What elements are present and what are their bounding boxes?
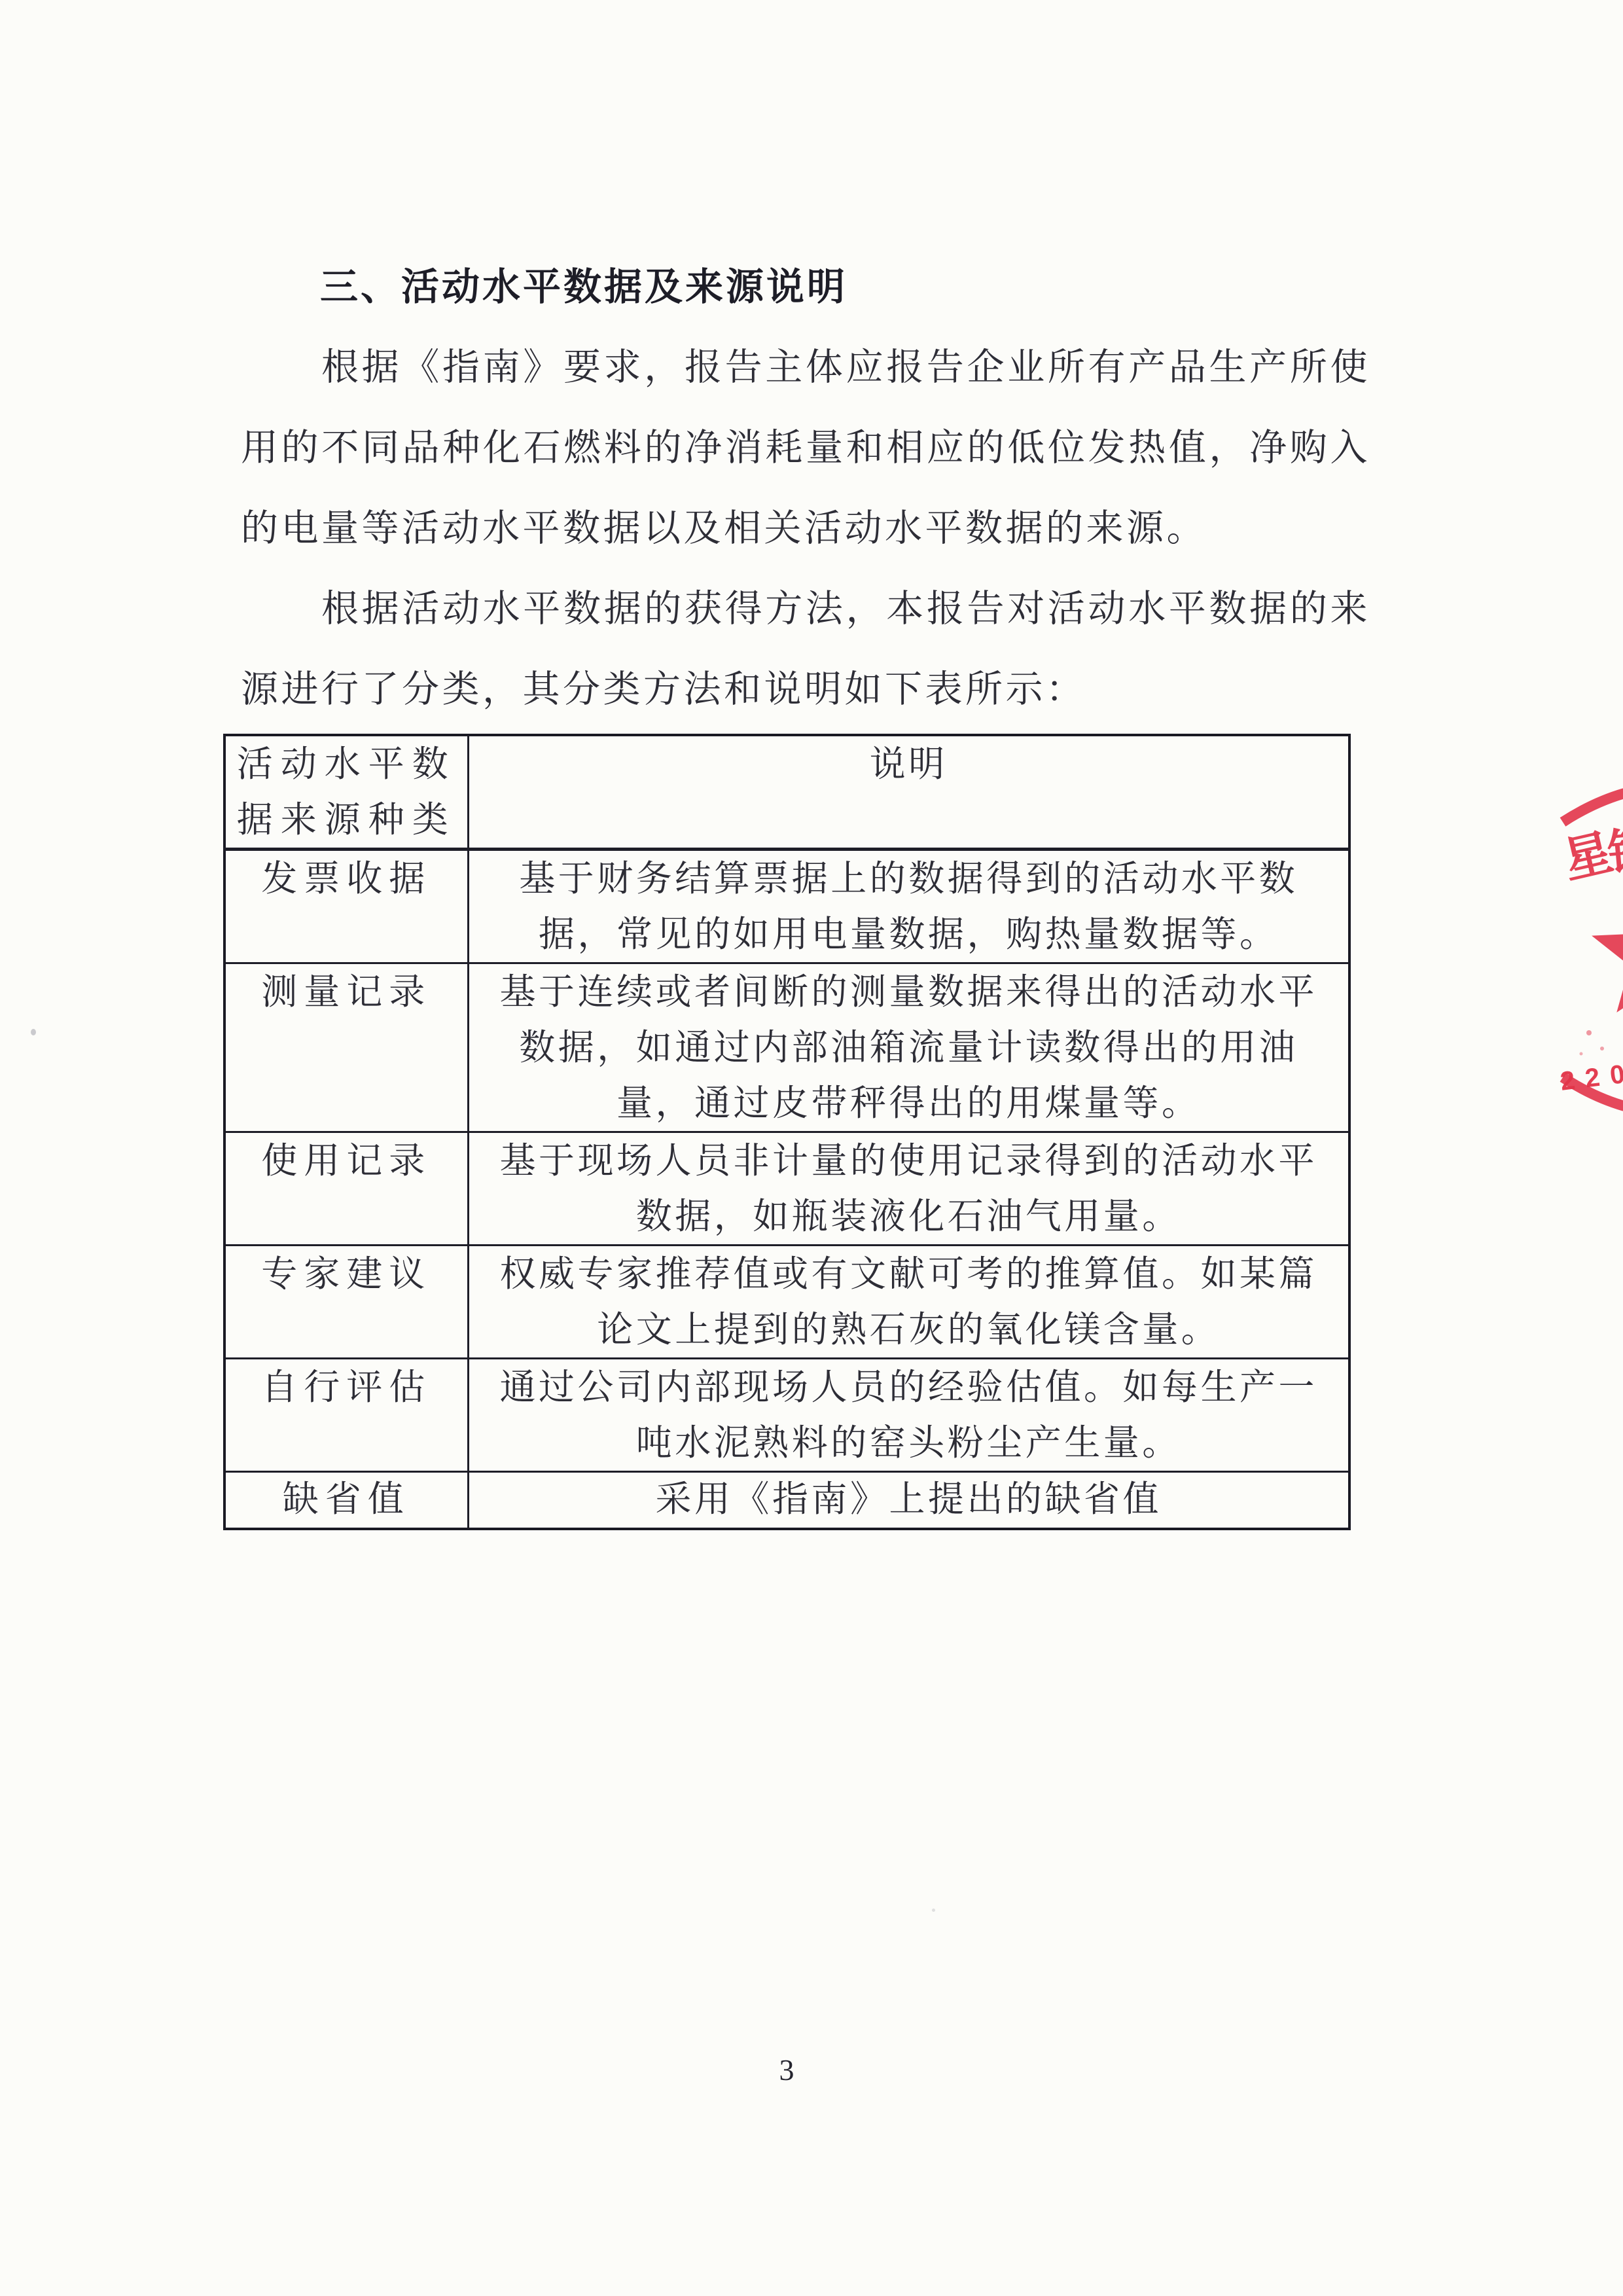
seal-ink-speck (1600, 1047, 1604, 1050)
table-row: 发票收据 基于财务结算票据上的数据得到的活动水平数据，常见的如用电量数据，购热量… (224, 850, 1349, 963)
table-row: 专家建议 权威专家推荐值或有文献可考的推算值。如某篇论文上提到的熟石灰的氧化镁含… (224, 1246, 1349, 1359)
description-cell: 基于连续或者间断的测量数据来得出的活动水平数据，如通过内部油箱流量计读数得出的用… (468, 963, 1349, 1132)
category-cell: 专家建议 (224, 1246, 468, 1359)
scan-artifact (31, 1029, 36, 1035)
category-cell: 使用记录 (224, 1132, 468, 1246)
description-cell: 采用《指南》上提出的缺省值 (468, 1472, 1349, 1529)
table-header-row: 活动水平数据来源种类 说明 (224, 735, 1349, 850)
description-cell: 权威专家推荐值或有文献可考的推算值。如某篇论文上提到的熟石灰的氧化镁含量。 (468, 1246, 1349, 1359)
table-row: 自行评估 通过公司内部现场人员的经验估值。如每生产一吨水泥熟料的窑头粉尘产生量。 (224, 1359, 1349, 1472)
table-row: 缺省值 采用《指南》上提出的缺省值 (224, 1472, 1349, 1529)
description-cell: 通过公司内部现场人员的经验估值。如每生产一吨水泥熟料的窑头粉尘产生量。 (468, 1359, 1349, 1472)
column-header-description: 说明 (468, 735, 1349, 850)
company-seal-stamp: 星 铭 220 (1525, 753, 1623, 1145)
column-header-category: 活动水平数据来源种类 (224, 735, 468, 850)
section-heading: 三、活动水平数据及来源说明 (320, 256, 847, 311)
category-cell: 缺省值 (224, 1472, 468, 1529)
paragraph: 根据《指南》要求，报告主体应报告企业所有产品生产所使用的不同品种化石燃料的净消耗… (241, 327, 1370, 569)
scan-artifact (932, 1909, 935, 1912)
paragraph: 根据活动水平数据的获得方法，本报告对活动水平数据的来源进行了分类，其分类方法和说… (241, 569, 1370, 730)
seal-ink-speck (1586, 1030, 1592, 1035)
page-number: 3 (0, 2053, 1573, 2087)
description-cell: 基于现场人员非计量的使用记录得到的活动水平数据，如瓶装液化石油气用量。 (468, 1132, 1349, 1246)
table-row: 测量记录 基于连续或者间断的测量数据来得出的活动水平数据，如通过内部油箱流量计读… (224, 963, 1349, 1132)
seal-star-icon (1592, 888, 1623, 1013)
description-cell: 基于财务结算票据上的数据得到的活动水平数据，常见的如用电量数据，购热量数据等。 (468, 850, 1349, 963)
table-row: 使用记录 基于现场人员非计量的使用记录得到的活动水平数据，如瓶装液化石油气用量。 (224, 1132, 1349, 1246)
category-cell: 测量记录 (224, 963, 468, 1132)
activity-data-source-table: 活动水平数据来源种类 说明 发票收据 基于财务结算票据上的数据得到的活动水平数据… (223, 734, 1351, 1530)
seal-ink-speck (1580, 1052, 1583, 1056)
category-cell: 发票收据 (224, 850, 468, 963)
category-cell: 自行评估 (224, 1359, 468, 1472)
body-paragraphs: 根据《指南》要求，报告主体应报告企业所有产品生产所使用的不同品种化石燃料的净消耗… (241, 327, 1370, 730)
scanned-document-page: { "page": { "heading": "三、活动水平数据及来源说明", … (0, 0, 1623, 2296)
